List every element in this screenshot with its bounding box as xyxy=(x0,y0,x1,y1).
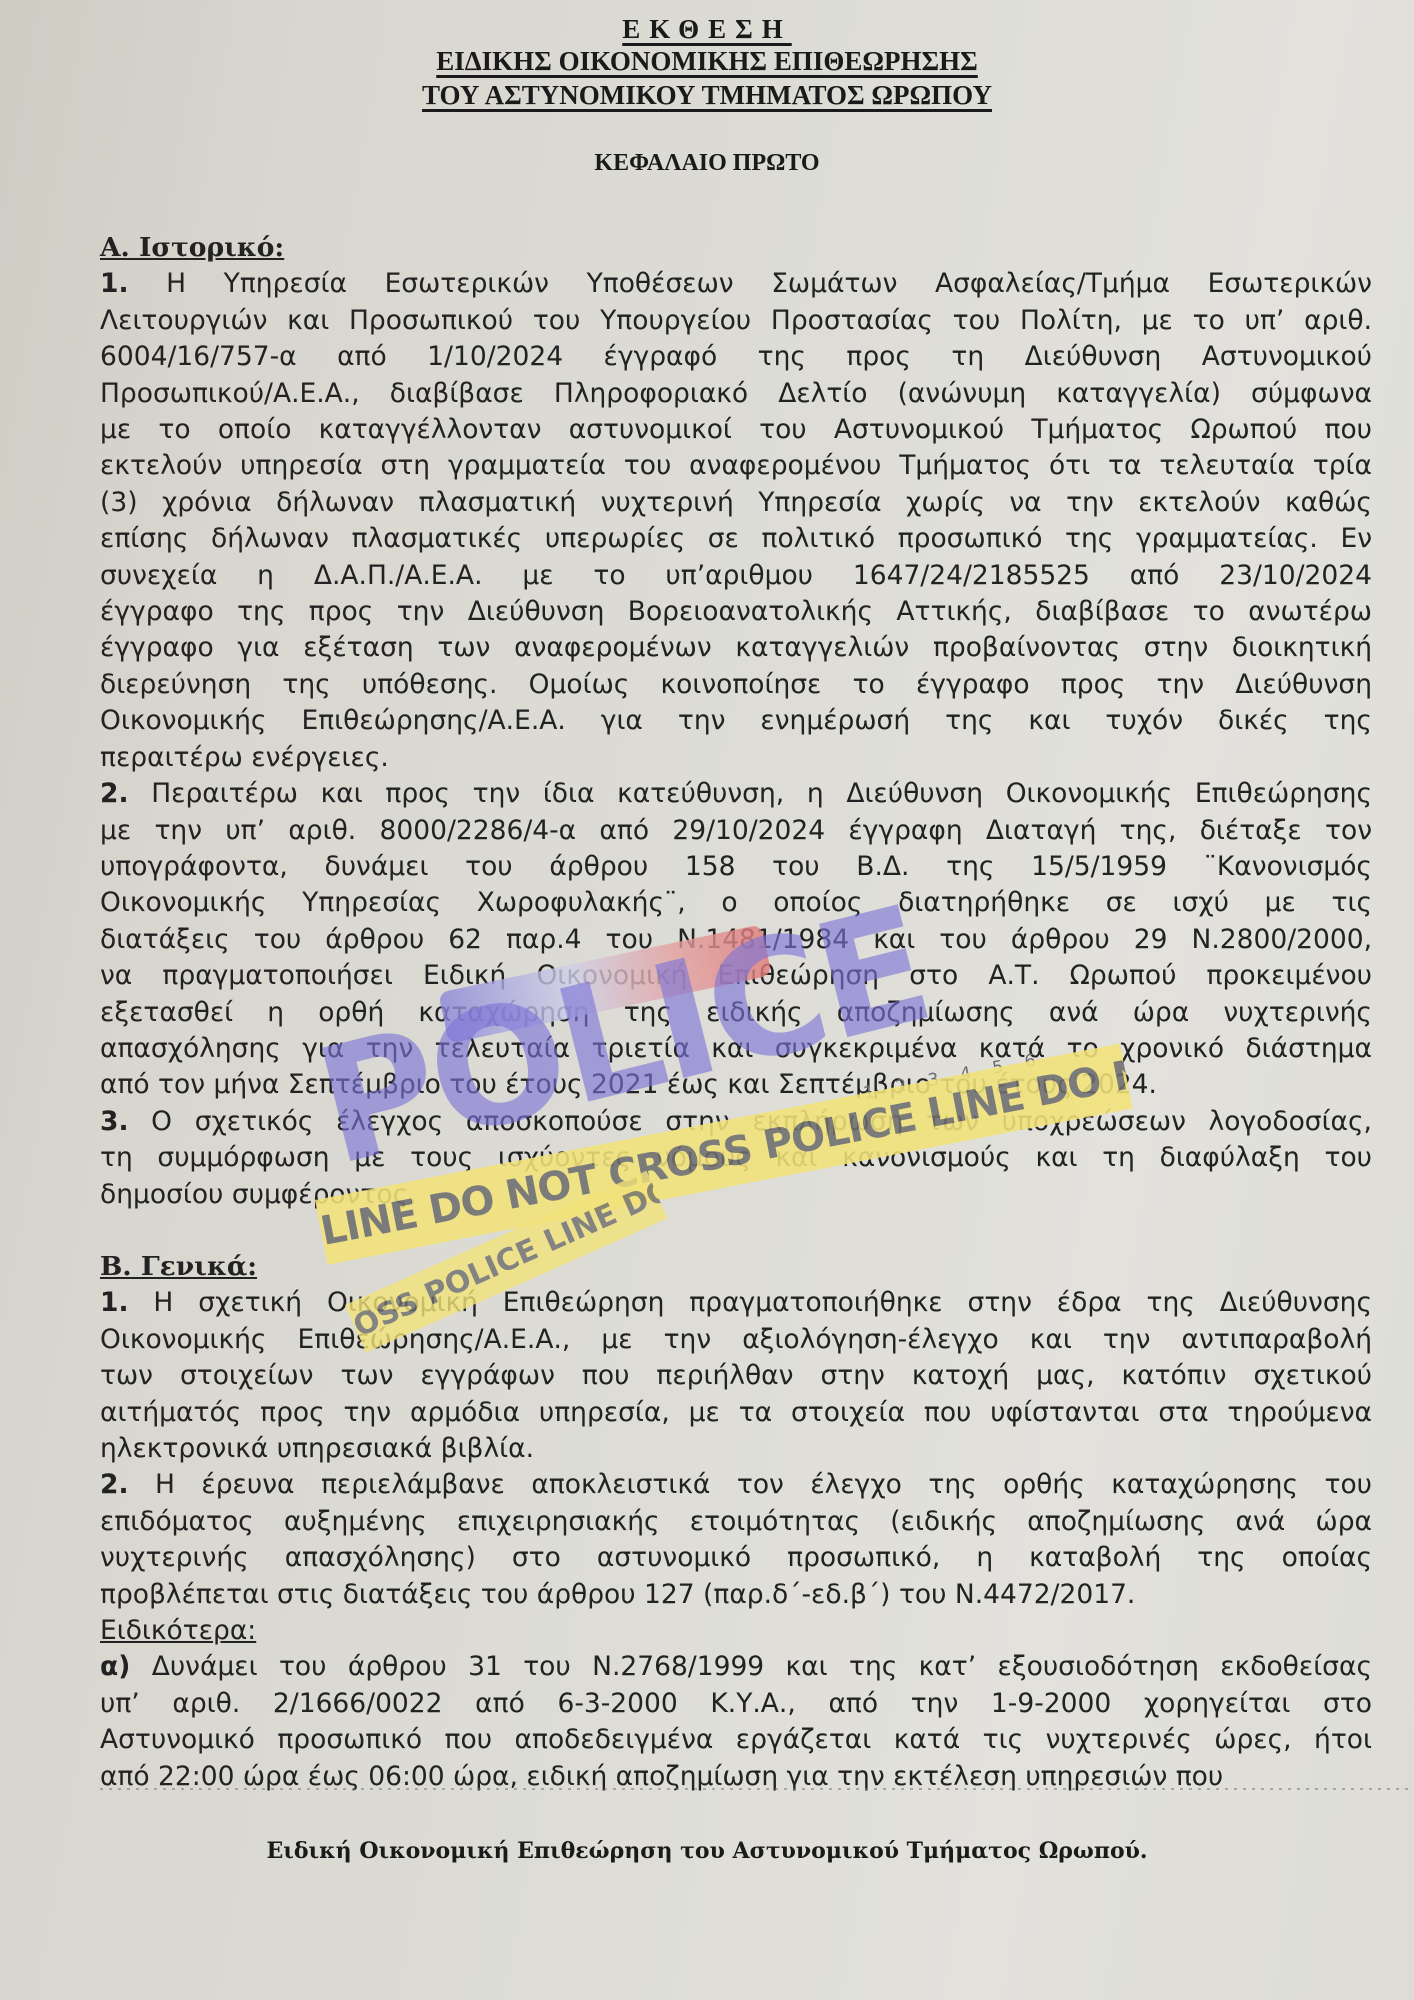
text-line: των στοιχείων των εγγράφων που περιήλθαν… xyxy=(100,1358,1372,1394)
text-line: Προσωπικού/Α.Ε.Α., διαβίβασε Πληροφοριακ… xyxy=(100,376,1372,412)
text-line: (3) χρόνια δήλωναν πλασματική νυχτερινή … xyxy=(100,485,1372,521)
text-line: έγγραφο της προς την Διεύθυνση Βορειοανα… xyxy=(100,594,1372,630)
text-line: απασχόλησης για την τελευταία τριετία κα… xyxy=(100,1031,1372,1067)
text-line: περαιτέρω ενέργειες. xyxy=(100,740,1372,776)
text-line: έγγραφο για εξέταση των αναφερομένων κατ… xyxy=(100,630,1372,666)
report-body: Α. Ιστορικό: 1. Η Υπηρεσία Εσωτερικών Υπ… xyxy=(100,230,1372,1795)
text-line: με το οποίο καταγγέλλονταν αστυνομικοί τ… xyxy=(100,412,1372,448)
paragraph-number: α) xyxy=(100,1651,130,1682)
text-line: συνεχεία η Δ.Α.Π./Α.Ε.Α. με το υπ’αριθμο… xyxy=(100,558,1372,594)
section-b-heading: Β. Γενικά: xyxy=(100,1249,1372,1285)
specifically-label: Ειδικότερα: xyxy=(100,1613,1372,1649)
text-line: εξετασθεί η ορθή καταχώρηση της ειδικής … xyxy=(100,995,1372,1031)
section-a-paragraph-2: 2. Περαιτέρω και προς την ίδια κατεύθυνσ… xyxy=(100,776,1372,1104)
text-line: 2. Περαιτέρω και προς την ίδια κατεύθυνσ… xyxy=(100,776,1372,812)
paragraph-number: 1. xyxy=(100,1287,129,1318)
paragraph-number: 2. xyxy=(100,1469,129,1500)
text-line: 3. Ο σχετικός έλεγχος αποσκοπούσε στην ε… xyxy=(100,1104,1372,1140)
text-line: από τον μήνα Σεπτέμβριο του έτους 2021 έ… xyxy=(100,1067,1372,1103)
text-line: ηλεκτρονικά υπηρεσιακά βιβλία. xyxy=(100,1431,1372,1467)
text-line: διερεύνηση της υπόθεσης. Ομοίως κοινοποί… xyxy=(100,667,1372,703)
report-subtitle-2: ΤΟΥ ΑΣΤΥΝΟΜΙΚΟΥ ΤΜΗΜΑΤΟΣ ΩΡΩΠΟΥ xyxy=(0,80,1414,111)
text-line: 1. Η Υπηρεσία Εσωτερικών Υποθέσεων Σωμάτ… xyxy=(100,266,1372,302)
section-b-item-a: α) Δυνάμει του άρθρου 31 του Ν.2768/1999… xyxy=(100,1649,1372,1795)
page-divider xyxy=(100,1788,1410,1790)
text-line: Οικονομικής Επιθεώρησης/Α.Ε.Α., με την α… xyxy=(100,1322,1372,1358)
chapter-heading: ΚΕΦΑΛΑΙΟ ΠΡΩΤΟ xyxy=(0,150,1414,177)
paragraph-number: 1. xyxy=(100,268,129,299)
text-line: να πραγματοποιήσει Ειδική Οικονομική Επι… xyxy=(100,958,1372,994)
text-line: 2. Η έρευνα περιελάμβανε αποκλειστικά το… xyxy=(100,1467,1372,1503)
text-line: υπ’ αριθ. 2/1666/0022 από 6-3-2000 Κ.Υ.Α… xyxy=(100,1686,1372,1722)
text-line: νυχτερινής απασχόλησης) στο αστυνομικό π… xyxy=(100,1540,1372,1576)
text-line: υπογράφοντα, δυνάμει του άρθρου 158 του … xyxy=(100,849,1372,885)
paragraph-number: 2. xyxy=(100,778,129,809)
text-line: τη συμμόρφωση με τους ισχύοντες νόμους κ… xyxy=(100,1140,1372,1176)
document-page: ΕΚΘΕΣΗ ΕΙΔΙΚΗΣ ΟΙΚΟΝΟΜΙΚΗΣ ΕΠΙΘΕΩΡΗΣΗΣ Τ… xyxy=(0,0,1414,2000)
section-b-paragraph-2: 2. Η έρευνα περιελάμβανε αποκλειστικά το… xyxy=(100,1467,1372,1613)
section-b-paragraph-1: 1. Η σχετική Οικονομική Επιθεώρηση πραγμ… xyxy=(100,1285,1372,1467)
report-title: ΕΚΘΕΣΗ xyxy=(0,14,1414,45)
section-a-paragraph-3: 3. Ο σχετικός έλεγχος αποσκοπούσε στην ε… xyxy=(100,1104,1372,1213)
text-line: Λειτουργιών και Προσωπικού του Υπουργείο… xyxy=(100,303,1372,339)
text-line: Αστυνομικό προσωπικό που αποδεδειγμένα ε… xyxy=(100,1722,1372,1758)
text-line: Οικονομικής Επιθεώρησης/Α.Ε.Α. για την ε… xyxy=(100,703,1372,739)
text-line: επιδόματος αυξημένης επιχειρησιακής ετοι… xyxy=(100,1504,1372,1540)
section-a-heading: Α. Ιστορικό: xyxy=(100,230,1372,266)
section-a-paragraph-1: 1. Η Υπηρεσία Εσωτερικών Υποθέσεων Σωμάτ… xyxy=(100,266,1372,776)
text-line: διατάξεις του άρθρου 62 παρ.4 του Ν.1481… xyxy=(100,922,1372,958)
text-line: προβλέπεται στις διατάξεις του άρθρου 12… xyxy=(100,1577,1372,1613)
text-line: με την υπ’ αριθ. 8000/2286/4-α από 29/10… xyxy=(100,813,1372,849)
text-line: α) Δυνάμει του άρθρου 31 του Ν.2768/1999… xyxy=(100,1649,1372,1685)
report-subtitle-1: ΕΙΔΙΚΗΣ ΟΙΚΟΝΟΜΙΚΗΣ ΕΠΙΘΕΩΡΗΣΗΣ xyxy=(0,46,1414,77)
text-line: επίσης δήλωναν πλασματικές υπερωρίες σε … xyxy=(100,521,1372,557)
text-line: 1. Η σχετική Οικονομική Επιθεώρηση πραγμ… xyxy=(100,1285,1372,1321)
text-line: εκτελούν υπηρεσία στη γραμματεία του ανα… xyxy=(100,448,1372,484)
text-line: δημοσίου συμφέροντος. xyxy=(100,1177,1372,1213)
text-line: Οικονομικής Υπηρεσίας Χωροφυλακής¨, ο οπ… xyxy=(100,885,1372,921)
page-footer: Ειδική Οικονομική Επιθεώρηση του Αστυνομ… xyxy=(0,1838,1414,1864)
text-line: αιτήματός προς την αρμόδια υπηρεσία, με … xyxy=(100,1395,1372,1431)
text-line: 6004/16/757-α από 1/10/2024 έγγραφό της … xyxy=(100,339,1372,375)
paragraph-number: 3. xyxy=(100,1106,129,1137)
